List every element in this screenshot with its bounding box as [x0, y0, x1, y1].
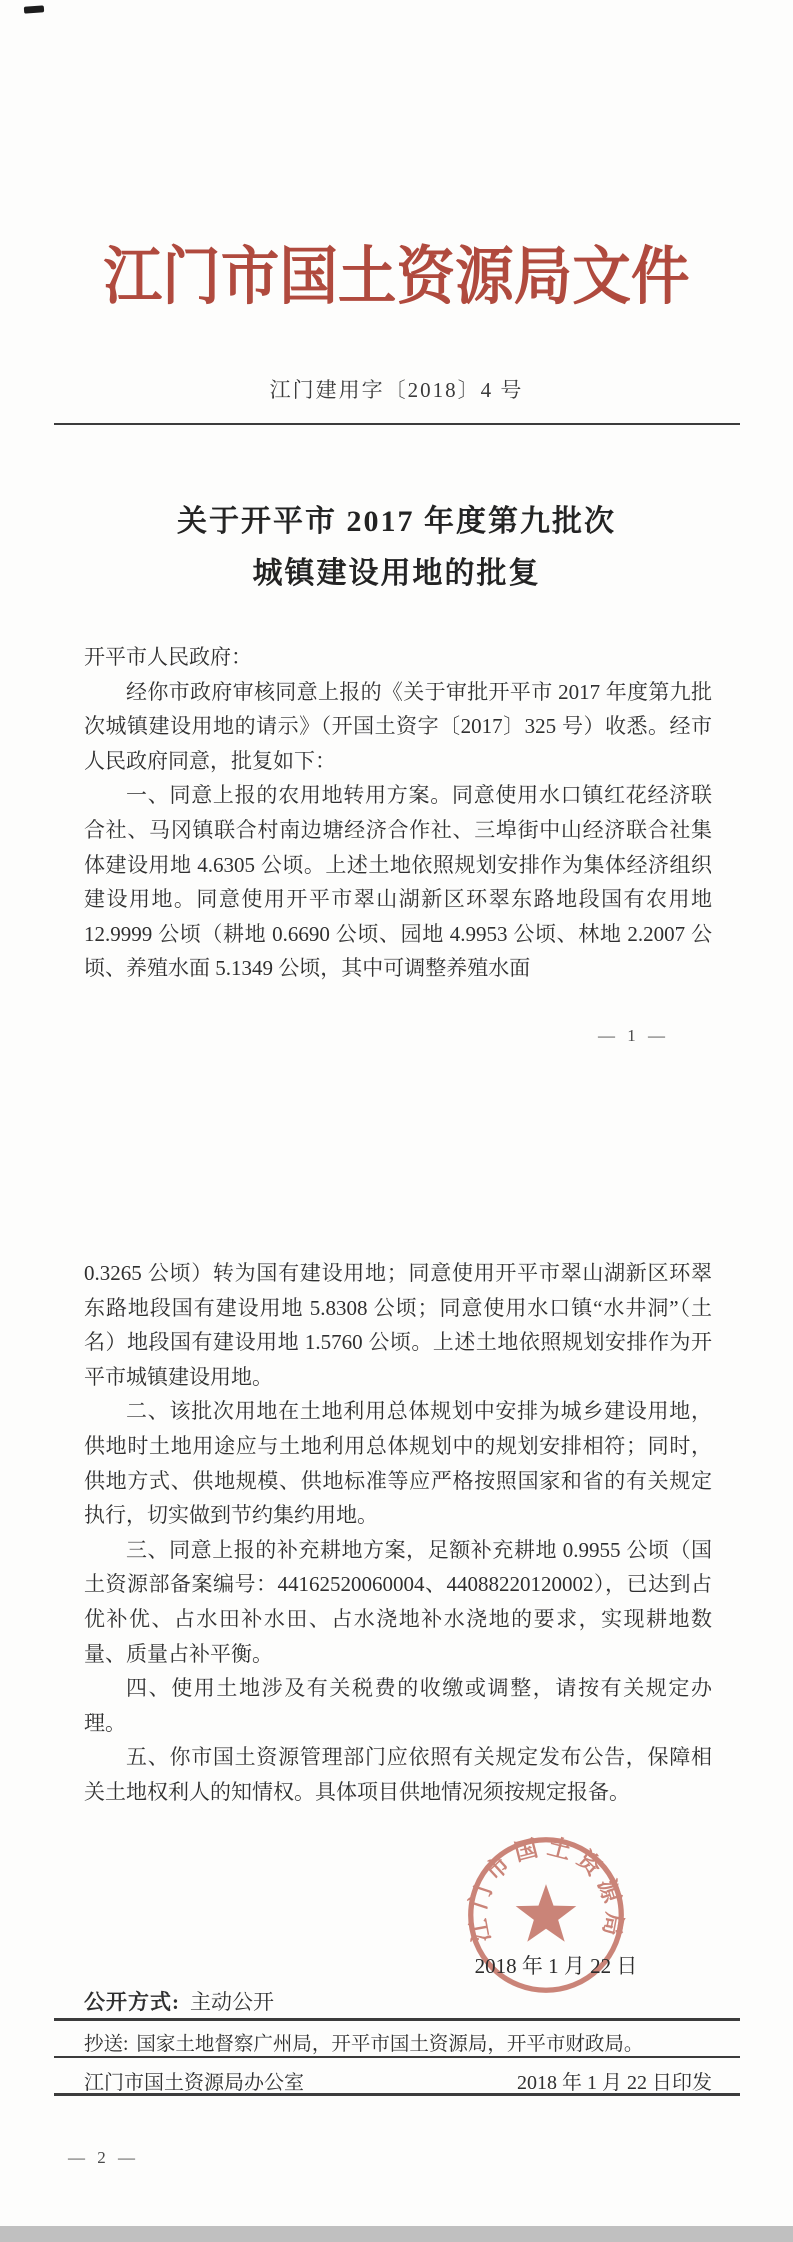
paragraph: 三、同意上报的补充耕地方案，足额补充耕地 0.9955 公顷（国土资源部备案编号… [84, 1533, 712, 1671]
paragraph: 一、同意上报的农用地转用方案。同意使用水口镇红花经济联合社、马冈镇联合村南边塘经… [84, 778, 712, 986]
scan-edge-shadow [0, 2226, 793, 2242]
paragraph: 经你市政府审核同意上报的《关于审批开平市 2017 年度第九批次城镇建设用地的请… [84, 675, 712, 779]
issuing-office: 江门市国土资源局办公室 [84, 2066, 304, 2095]
cc-value: 国家土地督察广州局，开平市国土资源局，开平市财政局。 [136, 2034, 643, 2055]
page1-number: — 1 — [598, 1026, 669, 1046]
issuer-row: 江门市国土资源局办公室 2018 年 1 月 22 日印发 [84, 2066, 712, 2095]
salutation: 开平市人民政府： [84, 640, 712, 675]
disclosure-row: 公开方式:主动公开 [84, 1986, 274, 2016]
scanned-document: 江门市国土资源局文件 江门建用字〔2018〕4 号 关于开平市 2017 年度第… [0, 0, 793, 2242]
paragraph-continuation: 0.3265 公顷）转为国有建设用地；同意使用开平市翠山湖新区环翠东路地段国有建… [84, 1256, 712, 1394]
cc-row: 抄送:国家土地督察广州局，开平市国土资源局，开平市财政局。 [84, 2028, 712, 2056]
footer-divider-bottom [54, 2093, 740, 2096]
issuing-org-title: 江门市国土资源局文件 [28, 226, 765, 317]
disclosure-label: 公开方式: [84, 1990, 180, 2014]
page2-body: 0.3265 公顷）转为国有建设用地；同意使用开平市翠山湖新区环翠东路地段国有建… [84, 1256, 712, 1810]
document-title-line1: 关于开平市 2017 年度第九批次 [0, 496, 793, 548]
paragraph: 二、该批次用地在土地利用总体规划中安排为城乡建设用地，供地时土地用途应与土地利用… [84, 1394, 712, 1532]
page2-number: — 2 — [68, 2148, 139, 2168]
paragraph: 五、你市国土资源管理部门应依照有关规定发布公告，保障相关土地权利人的知情权。具体… [84, 1740, 712, 1809]
footer-divider-top [54, 2018, 740, 2021]
disclosure-value: 主动公开 [190, 1990, 274, 2014]
document-title: 关于开平市 2017 年度第九批次 城镇建设用地的批复 [0, 496, 793, 600]
scan-artifact [24, 5, 44, 13]
seal-star-icon [516, 1884, 577, 1942]
document-title-line2: 城镇建设用地的批复 [0, 548, 793, 600]
page1-body: 开平市人民政府： 经你市政府审核同意上报的《关于审批开平市 2017 年度第九批… [84, 640, 712, 986]
print-date: 2018 年 1 月 22 日印发 [517, 2066, 712, 2095]
cc-label: 抄送: [84, 2034, 128, 2055]
signature-date: 2018 年 1 月 22 日 [458, 1950, 654, 1980]
header-divider [54, 423, 740, 425]
document-number: 江门建用字〔2018〕4 号 [0, 374, 793, 404]
footer-divider-middle [54, 2056, 740, 2058]
paragraph: 四、使用土地涉及有关税费的收缴或调整，请按有关规定办理。 [84, 1671, 712, 1740]
